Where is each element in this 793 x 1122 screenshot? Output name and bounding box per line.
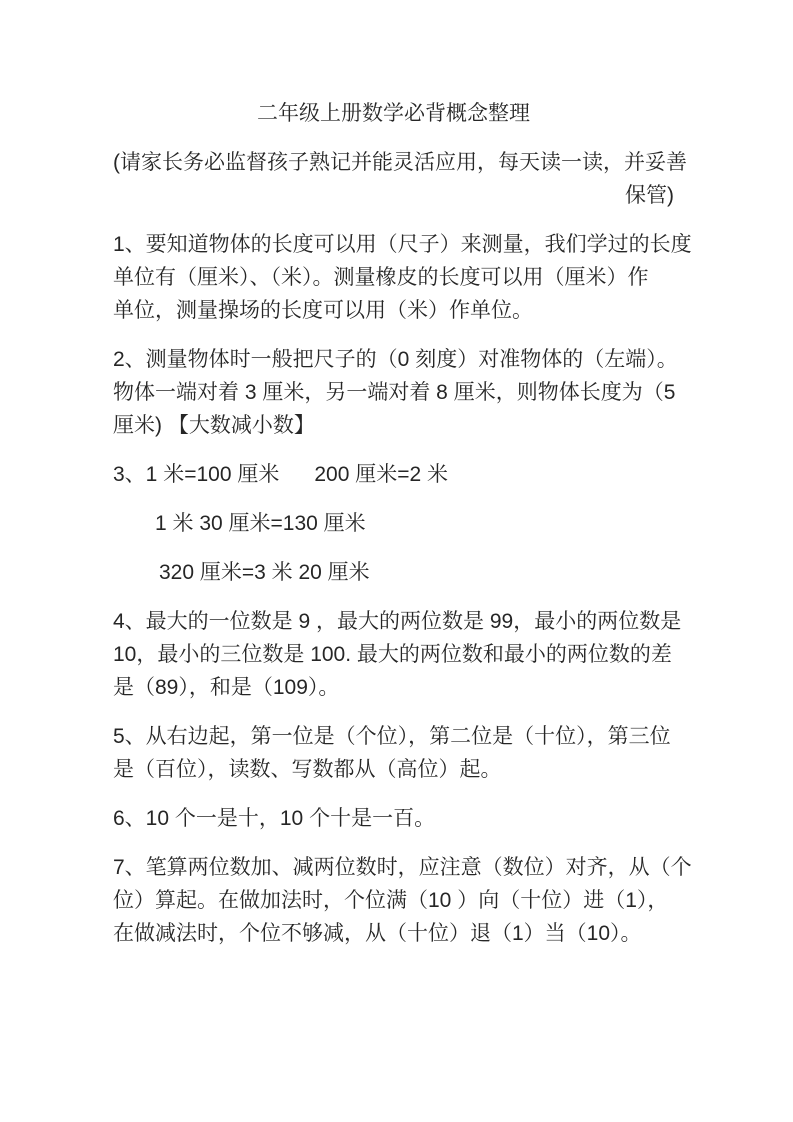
concept-item-2: 2、测量物体时一般把尺子的（0 刻度）对准物体的（左端）。 物体一端对着 3 厘…	[113, 343, 674, 442]
concept-item-7: 7、笔算两位数加、减两位数时，应注意（数位）对齐，从（个 位）算起。在做加法时，…	[113, 851, 674, 950]
concept-item-3: 3、1 米=100 厘米 200 厘米=2 米 1 米 30 厘米=130 厘米…	[113, 458, 674, 589]
document-page: 二年级上册数学必背概念整理 (请家长务必监督孩子熟记并能灵活应用，每天读一读，并…	[0, 0, 793, 1122]
parent-note: (请家长务必监督孩子熟记并能灵活应用，每天读一读，并妥善 保管)	[113, 146, 674, 212]
concept-item-5: 5、从右边起，第一位是（个位），第二位是（十位），第三位 是（百位），读数、写数…	[113, 720, 674, 786]
conversion-line-3: 320 厘米=3 米 20 厘米	[113, 556, 674, 589]
concept-item-4: 4、最大的一位数是 9 ，最大的两位数是 99，最小的两位数是 10，最小的三位…	[113, 605, 674, 704]
concept-item-6: 6、10 个一是十，10 个十是一百。	[113, 802, 674, 835]
conversion-line-1: 3、1 米=100 厘米 200 厘米=2 米	[113, 458, 674, 491]
concept-item-1: 1、要知道物体的长度可以用（尺子）来测量，我们学过的长度 单位有（厘米）、（米）…	[113, 228, 674, 327]
page-title: 二年级上册数学必背概念整理	[113, 97, 674, 130]
conversion-line-2: 1 米 30 厘米=130 厘米	[113, 507, 674, 540]
